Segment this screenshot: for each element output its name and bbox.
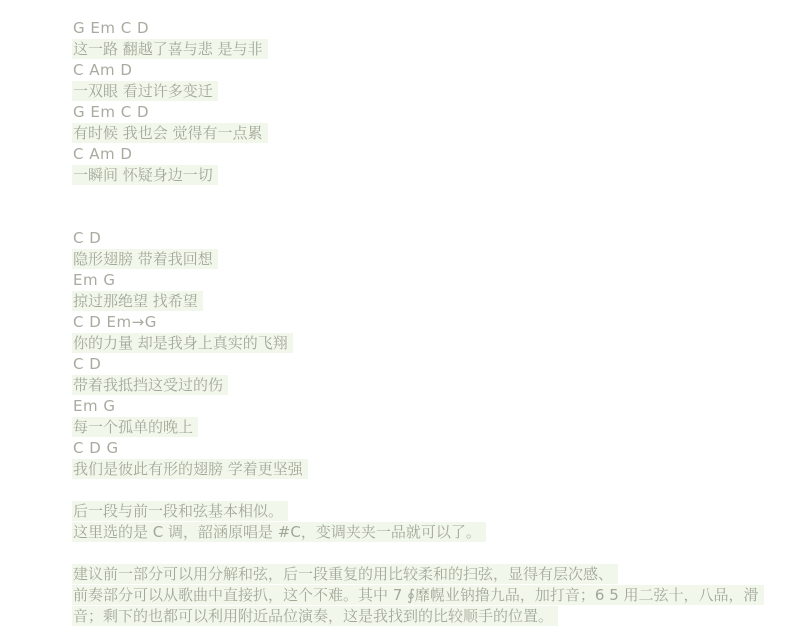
lyric-line: 掠过那绝望 找希望: [73, 291, 773, 312]
chords-text: Em G: [73, 271, 115, 289]
lyric-text: 一双眼 看过许多变迁: [72, 81, 218, 101]
lyric-line: 有时候 我也会 觉得有一点累: [73, 123, 773, 144]
lyric-line: 一双眼 看过许多变迁: [73, 81, 773, 102]
lyric-text: 一瞬间 怀疑身边一切: [72, 165, 218, 185]
blank-line: [73, 186, 773, 207]
chords-line: C Am D: [73, 60, 773, 81]
note-text: 前奏部分可以从歌曲中直接扒，这个不难。其中 7 ∮靡幌业钠撸九品，加打音；6 5…: [72, 585, 764, 605]
chords-line: Em G: [73, 396, 773, 417]
song-sheet: G Em C D这一路 翻越了喜与悲 是与非C Am D一双眼 看过许多变迁G …: [0, 0, 793, 642]
chords-line: C D: [73, 354, 773, 375]
blank-line: [73, 207, 773, 228]
lyric-text: 有时候 我也会 觉得有一点累: [72, 123, 268, 143]
blank-line: [73, 543, 773, 564]
lyric-text: 我们是彼此有形的翅膀 学着更坚强: [72, 459, 308, 479]
chords-line: C D: [73, 228, 773, 249]
lyric-line: 隐形翅膀 带着我回想: [73, 249, 773, 270]
lyric-text: 每一个孤单的晚上: [72, 417, 198, 437]
chords-line: C D G: [73, 438, 773, 459]
chords-text: C Am D: [73, 61, 132, 79]
lyric-text: 这一路 翻越了喜与悲 是与非: [72, 39, 268, 59]
note-line: 音；剩下的也都可以利用附近品位演奏，这是我找到的比较顺手的位置。: [73, 606, 773, 627]
lyric-line: 每一个孤单的晚上: [73, 417, 773, 438]
chords-line: Em G: [73, 270, 773, 291]
chords-text: C D: [73, 229, 101, 247]
chords-text: C D Em→G: [73, 313, 157, 331]
note-text: 后一段与前一段和弦基本相似。: [72, 501, 288, 521]
lyric-line: 我们是彼此有形的翅膀 学着更坚强: [73, 459, 773, 480]
chords-text: G Em C D: [73, 19, 149, 37]
lyric-text: 带着我抵挡这受过的伤: [72, 375, 228, 395]
lyric-text: 隐形翅膀 带着我回想: [72, 249, 218, 269]
note-line: 后一段与前一段和弦基本相似。: [73, 501, 773, 522]
note-text: 建议前一部分可以用分解和弦，后一段重复的用比较柔和的扫弦，显得有层次感、: [72, 564, 618, 584]
note-line: 这里选的是 C 调，韶涵原唱是 #C，变调夹夹一品就可以了。: [73, 522, 773, 543]
chords-line: G Em C D: [73, 18, 773, 39]
note-line: 前奏部分可以从歌曲中直接扒，这个不难。其中 7 ∮靡幌业钠撸九品，加打音；6 5…: [73, 585, 773, 606]
chords-text: C D: [73, 355, 101, 373]
lyric-line: 你的力量 却是我身上真实的飞翔: [73, 333, 773, 354]
note-line: 建议前一部分可以用分解和弦，后一段重复的用比较柔和的扫弦，显得有层次感、: [73, 564, 773, 585]
chords-line: C D Em→G: [73, 312, 773, 333]
chords-text: C D G: [73, 439, 119, 457]
lyric-line: 这一路 翻越了喜与悲 是与非: [73, 39, 773, 60]
chords-line: C Am D: [73, 144, 773, 165]
lyric-line: 带着我抵挡这受过的伤: [73, 375, 773, 396]
chords-line: G Em C D: [73, 102, 773, 123]
lyric-text: 你的力量 却是我身上真实的飞翔: [72, 333, 293, 353]
lyric-text: 掠过那绝望 找希望: [72, 291, 203, 311]
chords-text: G Em C D: [73, 103, 149, 121]
lyric-line: 一瞬间 怀疑身边一切: [73, 165, 773, 186]
blank-line: [73, 480, 773, 501]
chords-text: C Am D: [73, 145, 132, 163]
chords-text: Em G: [73, 397, 115, 415]
note-text: 这里选的是 C 调，韶涵原唱是 #C，变调夹夹一品就可以了。: [72, 522, 486, 542]
note-text: 音；剩下的也都可以利用附近品位演奏，这是我找到的比较顺手的位置。: [72, 606, 558, 626]
